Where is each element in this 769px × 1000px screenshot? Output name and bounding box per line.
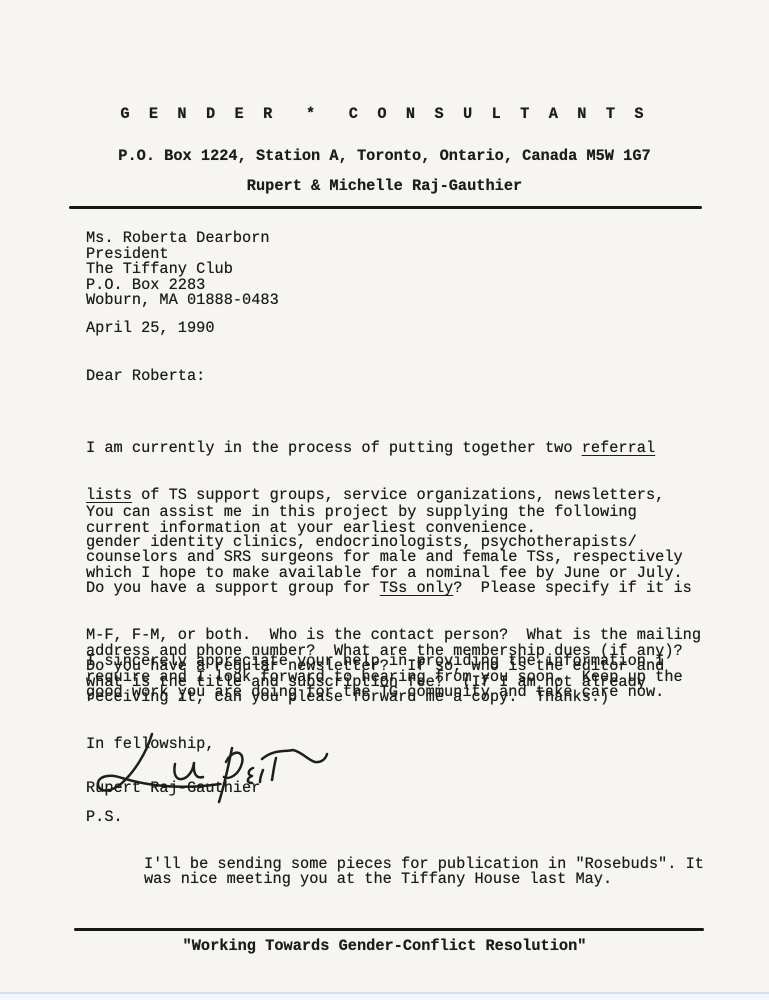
postscript-label: P.S. (86, 810, 123, 826)
footer-rule (74, 928, 704, 931)
paragraph-4: I sincerely appreciate your help in prov… (86, 654, 683, 701)
postscript-text: I'll be sending some pieces for publicat… (144, 857, 704, 888)
scan-bottom-edge (0, 992, 769, 1000)
underlined-phrase-referral: referral (582, 439, 655, 457)
signature-name: Rupert Raj-Gauthier (86, 781, 260, 797)
letterhead-names: Rupert & Michelle Raj-Gauthier (0, 179, 769, 195)
letterhead-address: P.O. Box 1224, Station A, Toronto, Ontar… (0, 149, 769, 165)
postscript: P.S. I'll be sending some pieces for pub… (86, 810, 704, 919)
scanned-letter-page: G E N D E R * C O N S U L T A N T S P.O.… (0, 0, 769, 1000)
paragraph-1-text: I am currently in the process of putting… (86, 439, 582, 457)
letterhead-rule (69, 206, 702, 209)
paragraph-3: Do you have a support group for TSs only… (86, 550, 701, 737)
paragraph-1-text: of TS support groups, service organizati… (132, 486, 664, 504)
paragraph-3-text: ? Please specify if it is (453, 579, 692, 597)
paragraph-1-line-1: I am currently in the process of putting… (86, 441, 683, 457)
paragraph-1-line-2: lists of TS support groups, service orga… (86, 488, 683, 504)
recipient-address: Ms. Roberta Dearborn President The Tiffa… (86, 231, 279, 309)
paragraph-3-text: Do you have a support group for (86, 579, 380, 597)
paragraph-2: You can assist me in this project by sup… (86, 505, 637, 536)
footer-motto: "Working Towards Gender-Conflict Resolut… (0, 939, 769, 955)
date-line: April 25, 1990 (86, 321, 215, 337)
salutation: Dear Roberta: (86, 369, 205, 385)
underlined-phrase-lists: lists (86, 486, 132, 504)
paragraph-3-line-1: Do you have a support group for TSs only… (86, 581, 701, 597)
underlined-phrase-tss-only: TSs only (380, 579, 453, 597)
letterhead-title: G E N D E R * C O N S U L T A N T S (0, 107, 769, 123)
